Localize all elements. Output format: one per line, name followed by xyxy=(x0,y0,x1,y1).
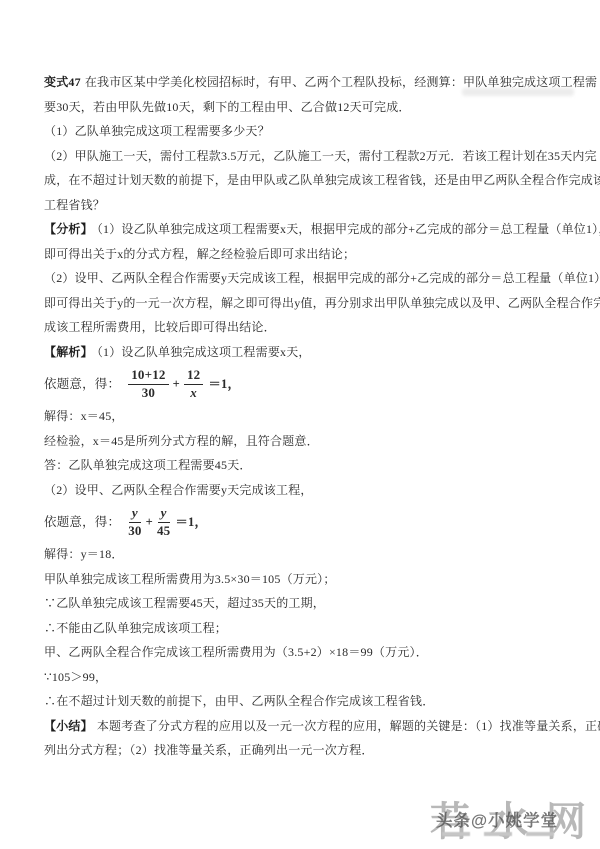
plus-sign: + xyxy=(173,372,180,397)
fraction-4-numerator: y xyxy=(158,506,170,523)
analysis-label: 【分析】 xyxy=(44,222,93,236)
solution-cost-jia: 甲队单独完成该工程所需费用为3.5×30＝105（万元）； xyxy=(44,567,564,592)
problem-line-2: 要30天，若由甲队先做10天，剩下的工程由甲、乙合做12天可完成． xyxy=(44,95,564,120)
text: 在我市区某中学美化校园招标时，有甲、乙两个工程队投标，经测算：甲队单独完成这项工… xyxy=(85,75,597,89)
question-1: （1）乙队单独完成这项工程需要多少天？ xyxy=(44,119,564,144)
question-2-line-3: 工程省钱？ xyxy=(44,193,564,218)
small-text-blob xyxy=(526,832,554,836)
solution-conclusion: ∴在不超过计划天数的前提下，由甲、乙两队全程合作完成该工程省钱． xyxy=(44,689,564,714)
document-body: 变式47在我市区某中学美化校园招标时，有甲、乙两个工程队投标，经测算：甲队单独完… xyxy=(44,70,564,763)
fraction-4: y 45 xyxy=(157,506,170,539)
text: 本题考查了分式方程的应用以及一元一次方程的应用，解题的关键是：（1）找准等量关系… xyxy=(97,719,600,733)
watermark: 若水网 头条@小姚学堂 xyxy=(430,790,595,845)
problem-label: 变式47 xyxy=(44,75,81,89)
solution-because-2: ∵105＞99， xyxy=(44,665,564,690)
fraction-1-denominator: 30 xyxy=(142,385,155,401)
fraction-4-denominator: 45 xyxy=(157,523,170,539)
toutiao-account-watermark: 头条@小姚学堂 xyxy=(436,807,558,831)
solution-line-3: 经检验，x＝45是所列分式方程的解，且符合题意． xyxy=(44,429,564,454)
plus-sign: + xyxy=(146,510,153,535)
fraction-3-denominator: 30 xyxy=(128,523,141,539)
small-text-blob xyxy=(484,832,512,836)
text: （1）设乙队单独完成这项工程需要x天， xyxy=(97,345,311,359)
solution-line-6: 解得：y＝18． xyxy=(44,542,564,567)
analysis-line-2: 即可得出关于x的分式方程，解之经检验后即可求出结论； xyxy=(44,242,564,267)
solution-because-1: ∵乙队单独完成该工程需要45天，超过35天的工期， xyxy=(44,591,564,616)
fraction-3-numerator: y xyxy=(129,506,141,523)
analysis-line-3: （2）设甲、乙两队全程合作需要y天完成该工程，根据甲完成的部分+乙完成的部分＝总… xyxy=(44,266,564,291)
fraction-2-denominator: x xyxy=(190,385,197,401)
analysis-line-1: 【分析】（1）设乙队单独完成这项工程需要x天，根据甲完成的部分+乙完成的部分＝总… xyxy=(44,217,564,242)
solution-cost-both: 甲、乙两队全程合作完成该工程所需费用为（3.5+2）×18＝99（万元）． xyxy=(44,640,564,665)
equation-2-prefix: 依题意，得： xyxy=(44,510,120,535)
fraction-2-numerator: 12 xyxy=(184,368,203,385)
fraction-2: 12 x xyxy=(184,368,203,401)
analysis-line-4: 即可得出关于y的一元一次方程，解之即可得出y值，再分别求出甲队单独完成以及甲、乙… xyxy=(44,291,564,316)
solution-line-1: 【解析】（1）设乙队单独完成这项工程需要x天， xyxy=(44,340,564,365)
fraction-3: y 30 xyxy=(128,506,141,539)
analysis-line-5: 成该工程所需费用，比较后即可得出结论． xyxy=(44,315,564,340)
solution-line-2: 解得：x＝45， xyxy=(44,404,564,429)
equation-2-result: ＝1， xyxy=(175,510,207,535)
text: （1）设乙队单独完成这项工程需要x天，根据甲完成的部分+乙完成的部分＝总工程量（… xyxy=(97,222,600,236)
equation-1: 依题意，得： 10+12 30 + 12 x ＝1， xyxy=(44,364,564,404)
question-2-line-2: 成，在不超过计划天数的前提下，是由甲队或乙队单独完成该工程省钱，还是由甲乙两队全… xyxy=(44,168,564,193)
summary-line-1: 【小结】本题考查了分式方程的应用以及一元一次方程的应用，解题的关键是：（1）找准… xyxy=(44,714,564,739)
equation-1-result: ＝1， xyxy=(208,372,240,397)
fraction-1-numerator: 10+12 xyxy=(128,368,168,385)
small-text-blob xyxy=(442,832,470,836)
equation-1-prefix: 依题意，得： xyxy=(44,372,120,397)
problem-line-1: 变式47在我市区某中学美化校园招标时，有甲、乙两个工程队投标，经测算：甲队单独完… xyxy=(44,70,564,95)
equation-2: 依题意，得： y 30 + y 45 ＝1， xyxy=(44,502,564,542)
scanned-worksheet-page: { "doc": { "problem": { "label": "变式47",… xyxy=(0,0,600,849)
summary-label: 【小结】 xyxy=(44,719,93,733)
fraction-1: 10+12 30 xyxy=(128,368,168,401)
summary-line-2: 列出分式方程；（2）找准等量关系，正确列出一元一次方程． xyxy=(44,738,564,763)
solution-line-5: （2）设甲、乙两队全程合作需要y天完成该工程， xyxy=(44,478,564,503)
watermark-small-text xyxy=(442,832,554,836)
solution-answer-1: 答：乙队单独完成这项工程需要45天． xyxy=(44,453,564,478)
question-2-line-1: （2）甲队施工一天，需付工程款3.5万元，乙队施工一天，需付工程款2万元．若该工… xyxy=(44,144,564,169)
solution-therefore-1: ∴不能由乙队单独完成该项工程； xyxy=(44,616,564,641)
solution-label: 【解析】 xyxy=(44,345,93,359)
